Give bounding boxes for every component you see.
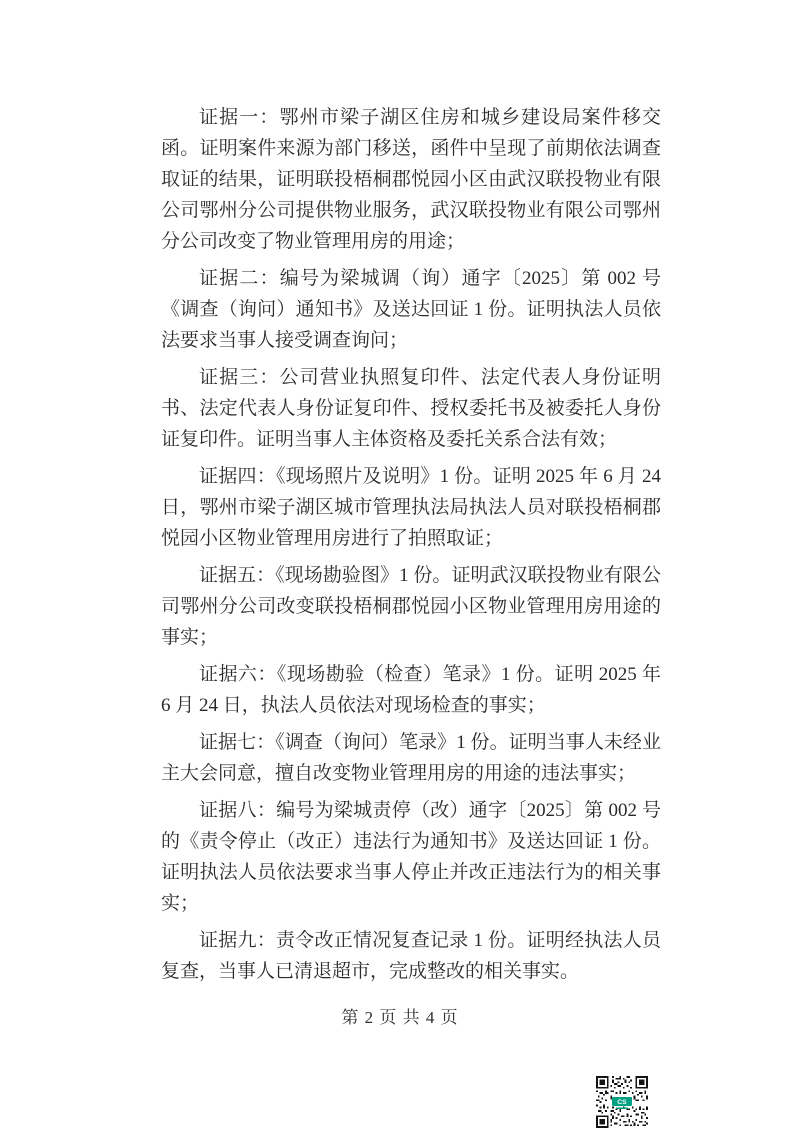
evidence-paragraph-6: 证据六：《现场勘验（检查）笔录》1 份。证明 2025 年 6 月 24 日，执… bbox=[161, 659, 661, 721]
evidence-paragraph-8: 证据八：编号为梁城责停（改）通字〔2025〕第 002 号的《责令停止（改正）违… bbox=[161, 795, 661, 919]
evidence-paragraph-7: 证据七：《调查（询问）笔录》1 份。证明当事人未经业主大会同意，擅自改变物业管理… bbox=[161, 727, 661, 789]
qr-logo-text: CS bbox=[617, 1099, 627, 1106]
qr-code: CS bbox=[596, 1076, 648, 1128]
page-number: 第 2 页 共 4 页 bbox=[0, 1003, 800, 1028]
evidence-paragraph-2: 证据二：编号为梁城调（询）通字〔2025〕第 002 号《调查（询问）通知书》及… bbox=[161, 263, 661, 356]
evidence-paragraph-5: 证据五：《现场勘验图》1 份。证明武汉联投物业有限公司鄂州分公司改变联投梧桐郡悦… bbox=[161, 560, 661, 653]
evidence-paragraph-3: 证据三：公司营业执照复印件、法定代表人身份证明书、法定代表人身份证复印件、授权委… bbox=[161, 362, 661, 455]
evidence-paragraph-4: 证据四：《现场照片及说明》1 份。证明 2025 年 6 月 24 日，鄂州市梁… bbox=[161, 461, 661, 554]
evidence-paragraph-1: 证据一：鄂州市梁子湖区住房和城乡建设局案件移交函。证明案件来源为部门移送，函件中… bbox=[161, 102, 661, 257]
evidence-paragraph-9: 证据九：责令改正情况复查记录 1 份。证明经执法人员复查，当事人已清退超市，完成… bbox=[161, 925, 661, 987]
qr-code-image: CS bbox=[596, 1076, 648, 1128]
document-text: 证据一：鄂州市梁子湖区住房和城乡建设局案件移交函。证明案件来源为部门移送，函件中… bbox=[161, 102, 661, 993]
